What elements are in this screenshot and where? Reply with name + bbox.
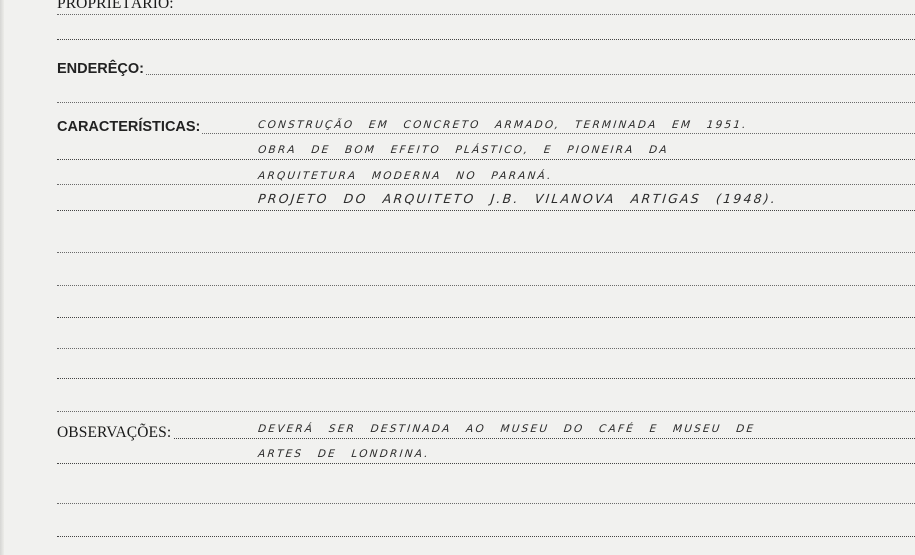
observacoes-line-2	[57, 463, 915, 464]
observacoes-text-1: DEVERÁ SER DESTINADA AO MUSEU DO CAFÉ E …	[257, 424, 755, 435]
proprietario-continuation-line	[57, 39, 915, 40]
blank-line-7	[57, 536, 915, 537]
caracteristicas-line-3	[57, 184, 915, 185]
observacoes-text-2: ARTES DE LONDRINA.	[257, 449, 430, 460]
observacoes-line-1	[57, 438, 915, 439]
observacoes-top-line	[57, 411, 915, 412]
caracteristicas-line-2	[57, 159, 915, 160]
caracteristicas-text-2: OBRA DE BOM EFEITO PLÁSTICO, E PIONEIRA …	[257, 145, 669, 156]
caracteristicas-text-4: PROJETO DO ARQUITETO J.B. VILANOVA ARTIG…	[257, 193, 777, 206]
endereco-line	[57, 74, 915, 75]
proprietario-label: PROPRIETÁRIO:	[57, 0, 176, 12]
caracteristicas-text-3: ARQUITETURA MODERNA NO PARANÁ.	[257, 171, 553, 182]
blank-line-4	[57, 348, 915, 349]
blank-line-1	[57, 252, 915, 253]
blank-line-5	[57, 378, 915, 379]
endereco-continuation-line	[57, 102, 915, 103]
blank-line-2	[57, 285, 915, 286]
caracteristicas-label: CARACTERÍSTICAS:	[57, 120, 202, 135]
proprietario-line	[57, 14, 915, 15]
caracteristicas-text-1: CONSTRUÇÃO EM CONCRETO ARMADO, TERMINADA…	[257, 120, 748, 131]
blank-line-3	[57, 317, 915, 318]
page-edge	[0, 0, 4, 555]
endereco-label: ENDERÊÇO:	[57, 62, 146, 77]
observacoes-label: OBSERVAÇÕES:	[57, 425, 173, 441]
caracteristicas-line-4	[57, 210, 915, 211]
blank-line-6	[57, 503, 915, 504]
